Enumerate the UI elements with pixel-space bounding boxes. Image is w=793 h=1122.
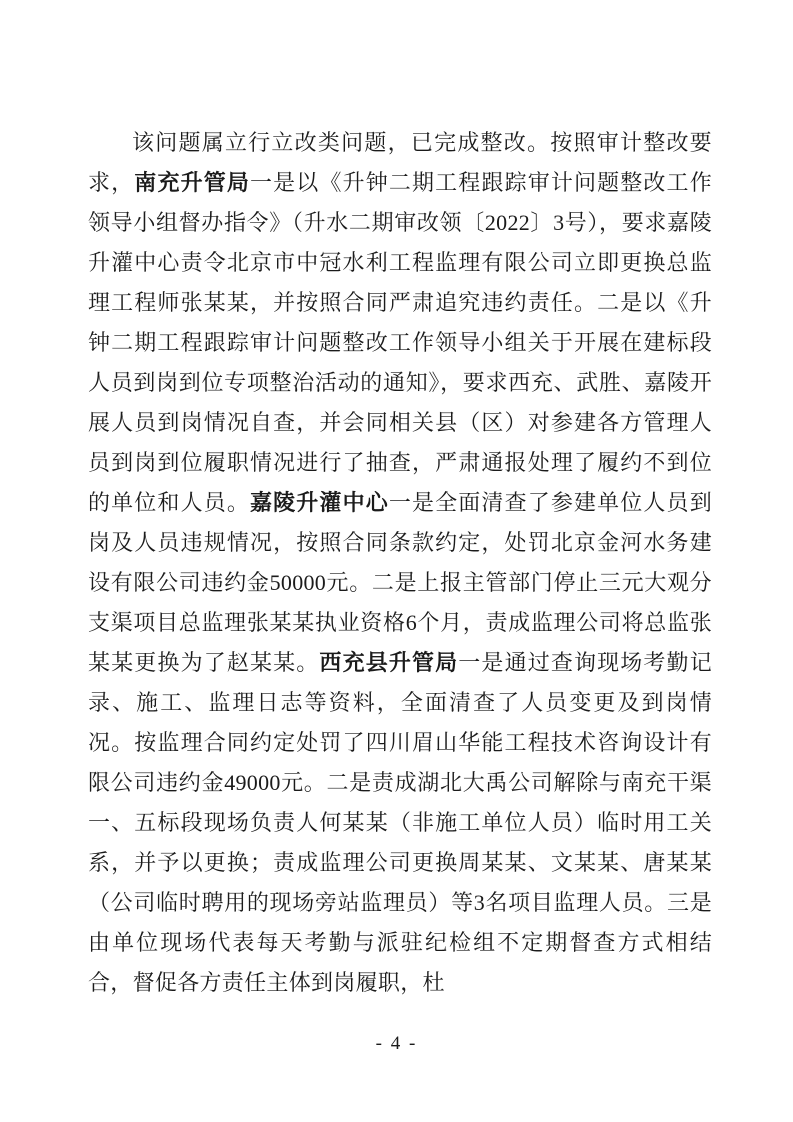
- body-paragraph: 该问题属立行立改类问题，已完成整改。按照审计整改要求，南充升管局一是以《升钟二期…: [88, 123, 712, 1003]
- org-name-emphasis: 南充升管局: [134, 170, 250, 195]
- document-page: 该问题属立行立改类问题，已完成整改。按照审计整改要求，南充升管局一是以《升钟二期…: [0, 0, 793, 1122]
- body-text: 一是以《升钟二期工程跟踪审计问题整改工作领导小组督办指令》（升水二期审改领〔20…: [88, 170, 712, 515]
- body-text: 一是通过查询现场考勤记录、施工、监理日志等资料，全面清查了人员变更及到岗情况。按…: [88, 650, 712, 995]
- page-number: - 4 -: [376, 1033, 418, 1054]
- org-name-emphasis: 嘉陵升灌中心: [250, 490, 389, 515]
- org-name-emphasis: 西充县升管局: [319, 650, 458, 675]
- page-footer: - 4 -: [0, 1033, 793, 1055]
- document-body: 该问题属立行立改类问题，已完成整改。按照审计整改要求，南充升管局一是以《升钟二期…: [88, 123, 712, 1003]
- body-text: 一是全面清查了参建单位人员到岗及人员违规情况，按照合同条款约定，处罚北京金河水务…: [88, 490, 712, 675]
